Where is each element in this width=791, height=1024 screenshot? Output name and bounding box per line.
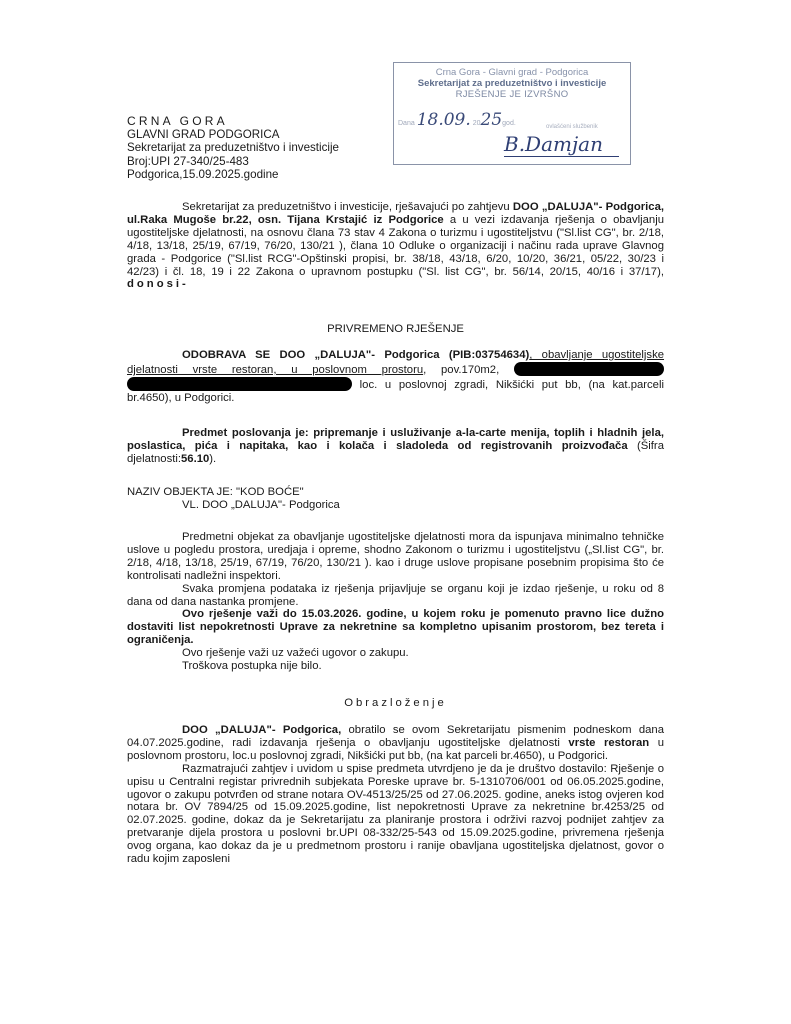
reasoning-paragraph-1: DOO „DALUJA"- Podgorica, obratilo se ovo… bbox=[127, 724, 664, 763]
place-date: Podgorica,15.09.2025.godine bbox=[127, 168, 339, 181]
stamp-line-3: RJEŠENJE JE IZVRŠNO bbox=[394, 89, 630, 100]
intro-paragraph: Sekretarijat za preduzetništvo i investi… bbox=[127, 201, 664, 291]
stamp-date-handwritten: 18.09. bbox=[417, 110, 471, 130]
reasoning-activity: vrste restoran bbox=[568, 737, 649, 749]
object-name: NAZIV OBJEKTA JE: "KOD BOĆE" bbox=[127, 486, 664, 499]
conditions-section: Predmetni objekat za obavljanje ugostite… bbox=[127, 531, 664, 673]
area-text: , pov.170m2, bbox=[423, 364, 514, 376]
intro-section: Sekretarijat za preduzetništvo i investi… bbox=[127, 201, 664, 291]
decision-paragraph: ODOBRAVA SE DOO „DALUJA"- Podgorica (PIB… bbox=[127, 349, 664, 405]
redacted-block-1 bbox=[514, 362, 664, 376]
decision-section: ODOBRAVA SE DOO „DALUJA"- Podgorica (PIB… bbox=[127, 349, 664, 405]
object-owner: VL. DOO „DALUJA"- Podgorica bbox=[127, 499, 664, 512]
conditions-paragraph-1: Predmetni objekat za obavljanje ugostite… bbox=[127, 531, 664, 583]
conditions-paragraph-2: Svaka promjena podataka iz rješenja prij… bbox=[127, 583, 664, 609]
intro-text-1: Sekretarijat za preduzetništvo i investi… bbox=[182, 201, 513, 213]
stamp-signer-label: ovlašćeni službenik bbox=[546, 124, 598, 130]
department-name: Sekretarijat za preduzetništvo i investi… bbox=[127, 141, 339, 154]
stamp-line-2: Sekretarijat za preduzetništvo i investi… bbox=[394, 78, 630, 89]
lease-paragraph: Ovo rješenje važi uz važeći ugovor o zak… bbox=[127, 647, 664, 660]
reasoning-title: Obrazloženje bbox=[127, 697, 664, 710]
redacted-block-2 bbox=[127, 377, 352, 391]
activity-code: 56.10 bbox=[181, 453, 209, 465]
validity-paragraph: Ovo rješenje važi do 15.03.2026. godine,… bbox=[127, 608, 664, 647]
business-subject: Predmet poslovanja je: pripremanje i usl… bbox=[127, 427, 664, 452]
reasoning-paragraph-2: Razmatrajući zahtjev i uvidom u spise pr… bbox=[127, 763, 664, 866]
city-name: GLAVNI GRAD PODGORICA bbox=[127, 128, 339, 141]
costs-paragraph: Troškova postupka nije bilo. bbox=[127, 660, 664, 673]
handwritten-signature: B.Damjan bbox=[504, 132, 619, 157]
activity-code-end: ). bbox=[209, 453, 216, 465]
reasoning-title-wrap: Obrazloženje bbox=[127, 697, 664, 710]
stamp-year-handwritten: 25 bbox=[481, 110, 503, 130]
official-stamp: Crna Gora - Glavni grad - Podgorica Sekr… bbox=[393, 62, 631, 165]
decision-title: PRIVREMENO RJEŠENJE bbox=[127, 323, 664, 336]
decision-title-wrap: PRIVREMENO RJEŠENJE bbox=[127, 323, 664, 336]
object-section: NAZIV OBJEKTA JE: "KOD BOĆE" VL. DOO „DA… bbox=[127, 486, 664, 512]
document-header: CRNA GORA GLAVNI GRAD PODGORICA Sekretar… bbox=[127, 115, 339, 181]
stamp-date-prefix: Dana bbox=[398, 120, 415, 127]
country-name: CRNA GORA bbox=[127, 115, 339, 128]
document-page: CRNA GORA GLAVNI GRAD PODGORICA Sekretar… bbox=[0, 0, 791, 1024]
stamp-line-1: Crna Gora - Glavni grad - Podgorica bbox=[394, 67, 630, 78]
approval-statement: ODOBRAVA SE DOO „DALUJA"- Podgorica (PIB… bbox=[182, 349, 529, 361]
donosi-keyword: donosi- bbox=[127, 278, 189, 290]
reasoning-section: DOO „DALUJA"- Podgorica, obratilo se ovo… bbox=[127, 724, 664, 866]
reference-number: Broj:UPI 27-340/25-483 bbox=[127, 155, 339, 168]
business-section: Predmet poslovanja je: pripremanje i usl… bbox=[127, 427, 664, 466]
stamp-year-suffix: god. bbox=[502, 120, 516, 127]
stamp-year-prefix: 20 bbox=[473, 120, 481, 127]
business-paragraph: Predmet poslovanja je: pripremanje i usl… bbox=[127, 427, 664, 466]
reasoning-applicant: DOO „DALUJA"- Podgorica, bbox=[182, 724, 341, 736]
